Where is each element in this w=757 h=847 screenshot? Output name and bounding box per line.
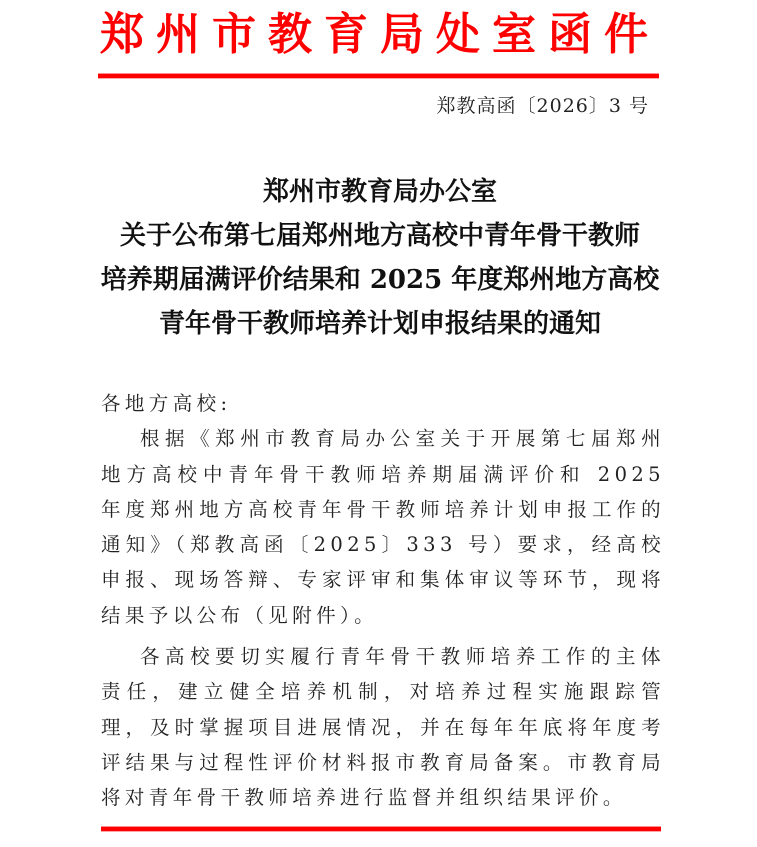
body-paragraph: 各高校要切实履行青年骨干教师培养工作的主体责任，建立健全培养机制，对培养过程实施… [101, 639, 665, 815]
body-paragraph: 根据《郑州市教育局办公室关于开展第七届郑州地方高校中青年骨干教师培养期届满评价和… [101, 421, 665, 633]
document-title: 郑州市教育局办公室 关于公布第七届郑州地方高校中青年骨干教师 培养期届满评价结果… [90, 170, 670, 346]
salutation: 各地方高校: [101, 386, 665, 421]
document-body: 各地方高校: 根据《郑州市教育局办公室关于开展第七届郑州地方高校中青年骨干教师培… [101, 386, 665, 816]
masthead-title: 郑州市教育局处室函件 [100, 6, 660, 64]
title-line-3: 培养期届满评价结果和 2025 年度郑州地方高校 [90, 258, 670, 302]
footer-red-rule [101, 827, 661, 831]
title-line-issuer: 郑州市教育局办公室 [90, 170, 670, 214]
title-line-4: 青年骨干教师培养计划申报结果的通知 [90, 302, 670, 346]
document-number: 郑教高函〔2026〕3 号 [437, 94, 649, 118]
title-line-2: 关于公布第七届郑州地方高校中青年骨干教师 [90, 214, 670, 258]
masthead-red-rule [98, 74, 659, 78]
